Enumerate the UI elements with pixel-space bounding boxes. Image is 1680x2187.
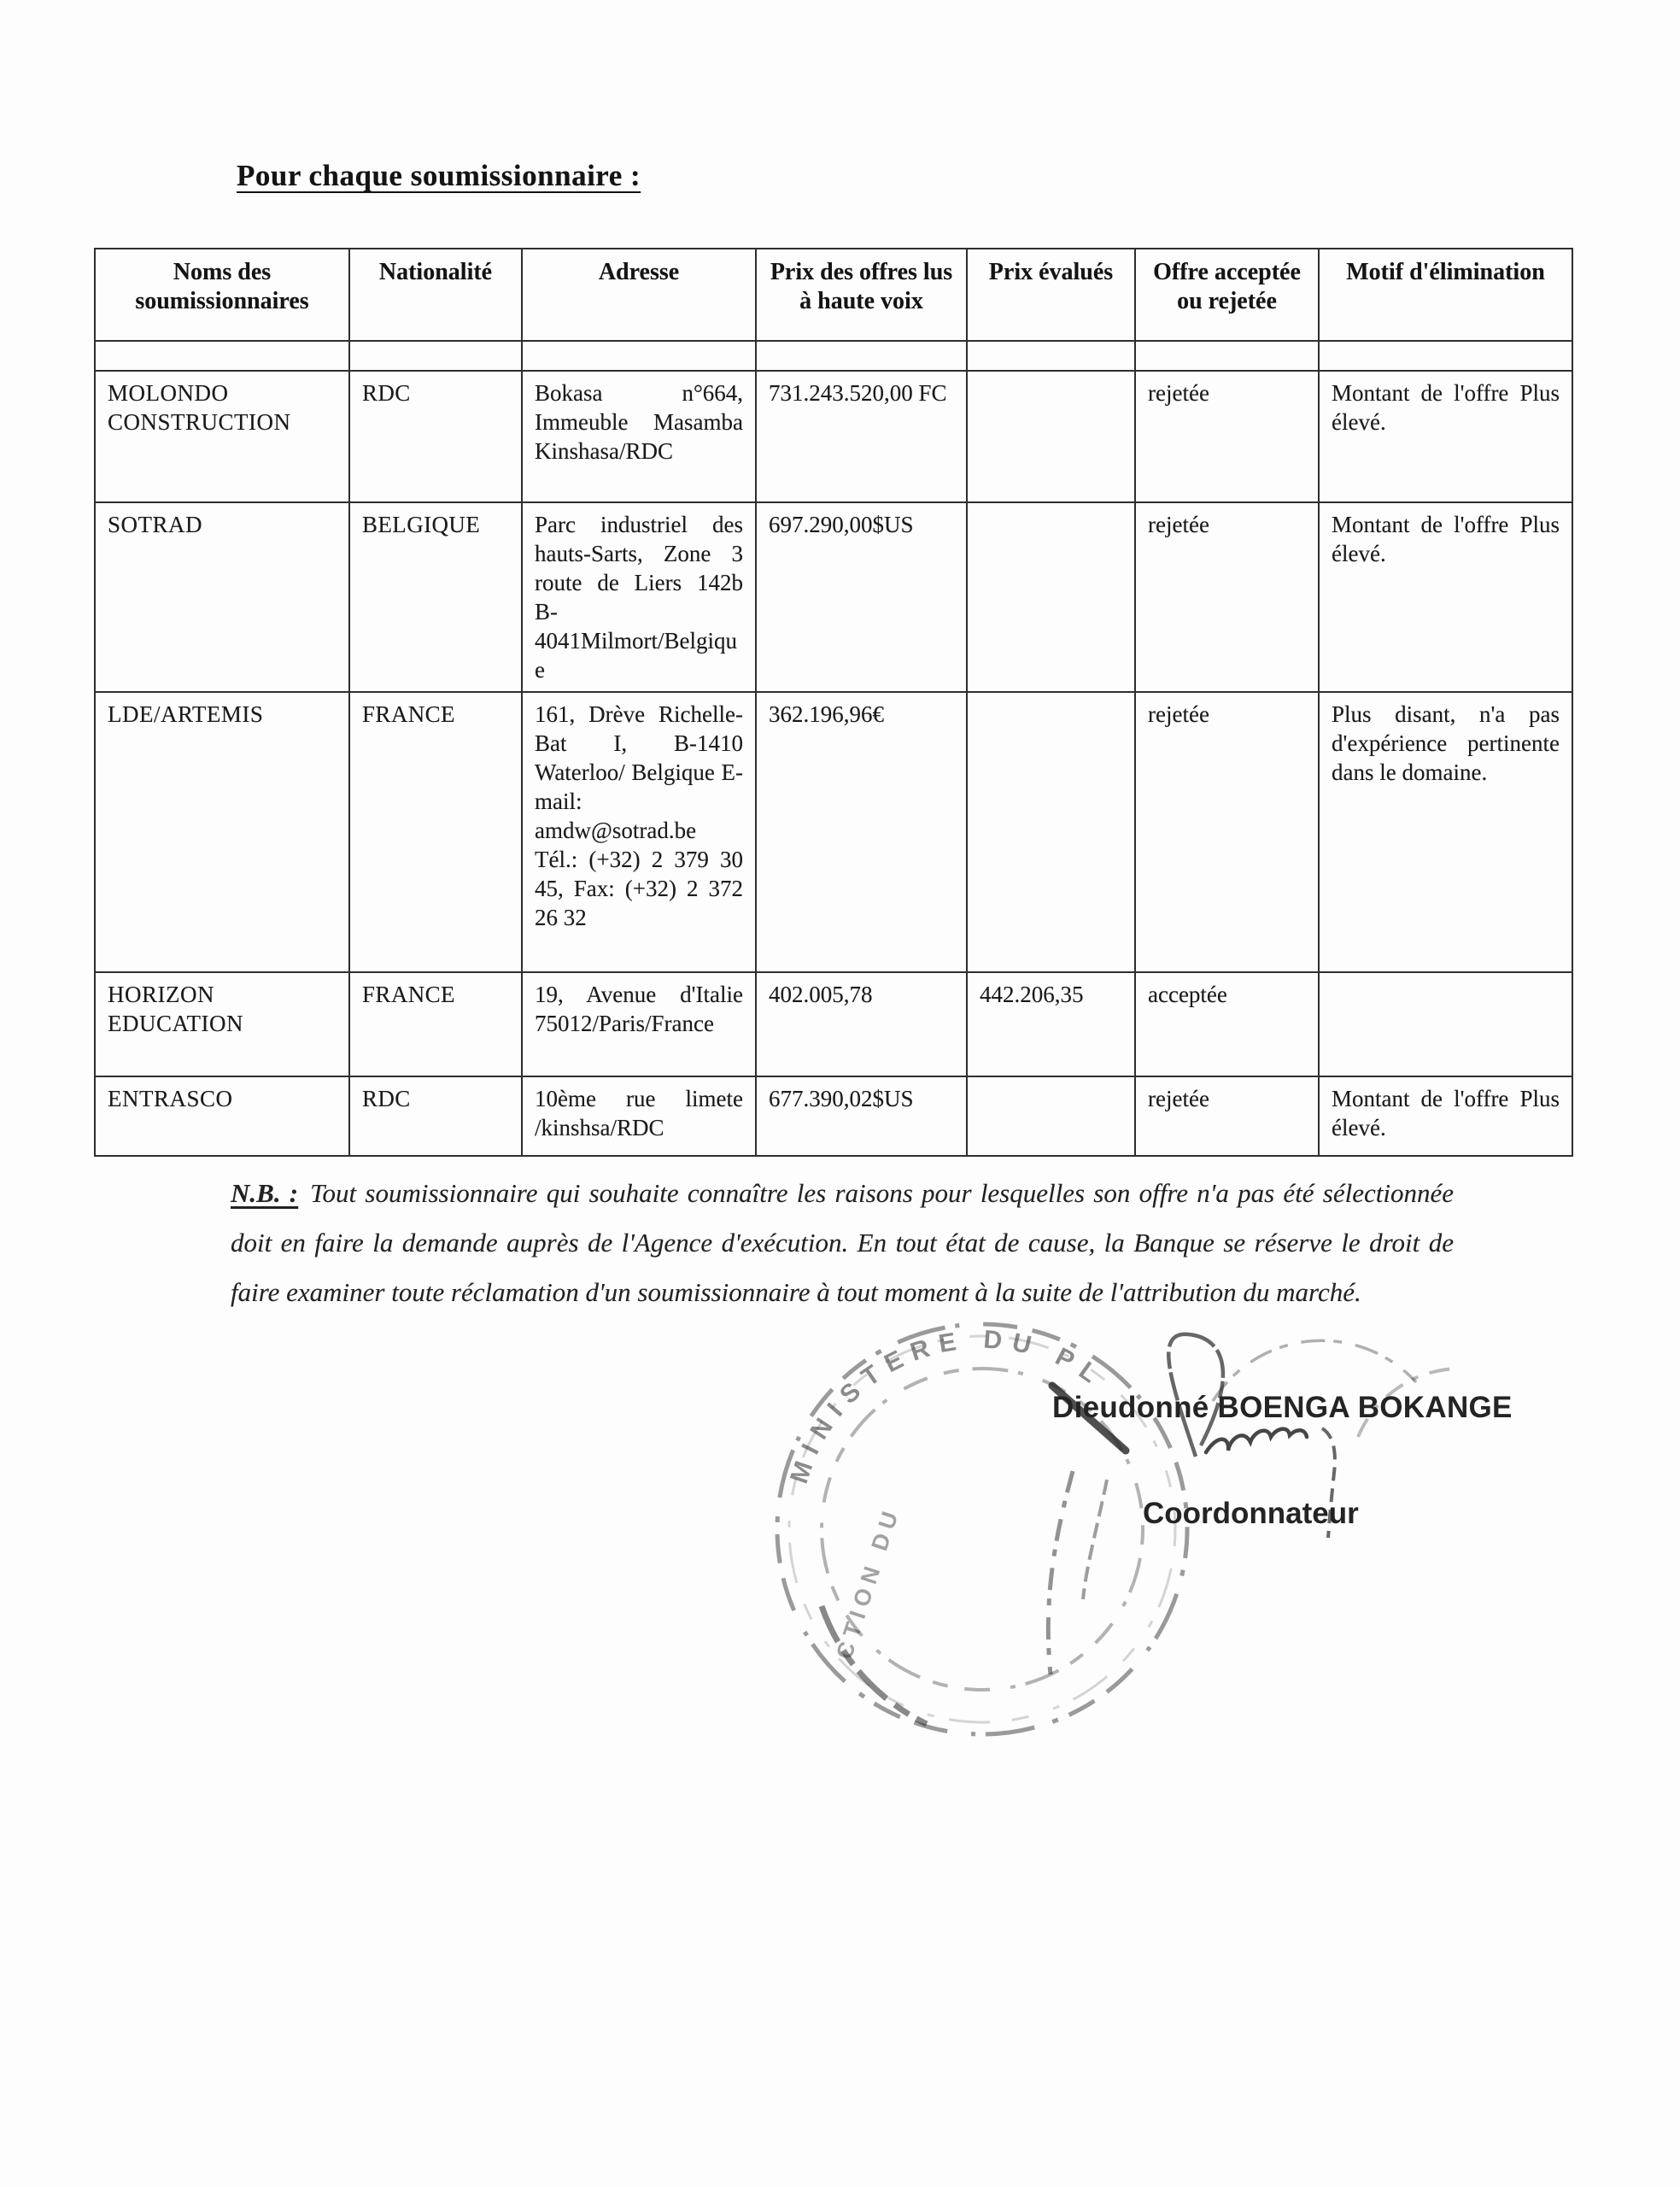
cell-reason (1319, 972, 1572, 1076)
cell-price_read: 677.390,02$US (756, 1076, 967, 1156)
cell-name: HORIZON EDUCATION (95, 972, 349, 1076)
column-header: Adresse (522, 249, 756, 341)
spacer-cell (522, 341, 756, 371)
cell-price_read: 402.005,78 (756, 972, 967, 1076)
cell-nationality: BELGIQUE (349, 502, 522, 692)
stamp-arc-left-text: CTION DU (831, 1503, 904, 1662)
cell-decision: rejetée (1135, 502, 1319, 692)
bidders-table: Noms des soumissionnairesNationalitéAdre… (94, 248, 1573, 1157)
spacer-cell (1319, 341, 1572, 371)
column-header: Offre acceptée ou rejetée (1135, 249, 1319, 341)
cell-decision: rejetée (1135, 371, 1319, 502)
cell-decision: acceptée (1135, 972, 1319, 1076)
spacer-cell (349, 341, 522, 371)
cell-price_read: 697.290,00$US (756, 502, 967, 692)
cell-price_read: 731.243.520,00 FC (756, 371, 967, 502)
cell-name: SOTRAD (95, 502, 349, 692)
note-label: N.B. : (231, 1178, 298, 1208)
cell-reason: Montant de l'offre Plus élevé. (1319, 1076, 1572, 1156)
page-title: Pour chaque soumissionnaire : (237, 159, 641, 193)
note-text: Tout soumissionnaire qui souhaite connaî… (231, 1178, 1454, 1307)
table-row: HORIZON EDUCATIONFRANCE19, Avenue d'Ital… (95, 972, 1572, 1076)
table-body: MOLONDO CONSTRUCTIONRDCBokasa n°664, Imm… (95, 341, 1572, 1156)
cell-price_evaluated: 442.206,35 (967, 972, 1135, 1076)
cell-reason: Montant de l'offre Plus élevé. (1319, 371, 1572, 502)
cell-address: Parc industriel des hauts-Sarts, Zone 3 … (522, 502, 756, 692)
table-header-row: Noms des soumissionnairesNationalitéAdre… (95, 249, 1572, 341)
spacer-cell (756, 341, 967, 371)
cell-reason: Montant de l'offre Plus élevé. (1319, 502, 1572, 692)
cell-price_evaluated (967, 692, 1135, 972)
stamp-arc-emphasis (822, 1606, 927, 1724)
official-stamp: MINISTERE DU PL CTION DU (769, 1316, 1537, 1777)
stamp-streak (1048, 1471, 1073, 1674)
column-header: Noms des soumissionnaires (95, 249, 349, 341)
table-row: LDE/ARTEMISFRANCE161, Drève Richelle-Bat… (95, 692, 1572, 972)
cell-reason: Plus disant, n'a pas d'expérience pertin… (1319, 692, 1572, 972)
cell-name: ENTRASCO (95, 1076, 349, 1156)
cell-address: 10ème rue limete /kinshsa/RDC (522, 1076, 756, 1156)
table-row: MOLONDO CONSTRUCTIONRDCBokasa n°664, Imm… (95, 371, 1572, 502)
cell-address: Bokasa n°664, Immeuble Masamba Kinshasa/… (522, 371, 756, 502)
spacer-row (95, 341, 1572, 371)
cell-name: LDE/ARTEMIS (95, 692, 349, 972)
column-header: Motif d'élimination (1319, 249, 1572, 341)
cell-nationality: FRANCE (349, 692, 522, 972)
cell-nationality: RDC (349, 1076, 522, 1156)
cell-nationality: RDC (349, 371, 522, 502)
cell-price_read: 362.196,96€ (756, 692, 967, 972)
spacer-cell (967, 341, 1135, 371)
column-header: Prix évalués (967, 249, 1135, 341)
scanned-document-page: Pour chaque soumissionnaire : Noms des s… (0, 0, 1680, 2187)
cell-price_evaluated (967, 371, 1135, 502)
cell-address: 19, Avenue d'Italie 75012/Paris/France (522, 972, 756, 1076)
cell-address: 161, Drève Richelle-Bat I, B-1410 Waterl… (522, 692, 756, 972)
signatory-role: Coordonnateur (1143, 1497, 1359, 1531)
cell-nationality: FRANCE (349, 972, 522, 1076)
table-row: SOTRADBELGIQUEParc industriel des hauts-… (95, 502, 1572, 692)
cell-decision: rejetée (1135, 1076, 1319, 1156)
cell-decision: rejetée (1135, 692, 1319, 972)
stamp-streak (1083, 1480, 1107, 1599)
signatory-name: Dieudonné BOENGA BOKANGE (1052, 1391, 1513, 1425)
column-header: Prix des offres lus à haute voix (756, 249, 967, 341)
cell-price_evaluated (967, 502, 1135, 692)
table-row: ENTRASCORDC10ème rue limete /kinshsa/RDC… (95, 1076, 1572, 1156)
spacer-cell (1135, 341, 1319, 371)
note: N.B. :Tout soumissionnaire qui souhaite … (231, 1169, 1454, 1317)
column-header: Nationalité (349, 249, 522, 341)
spacer-cell (95, 341, 349, 371)
cell-price_evaluated (967, 1076, 1135, 1156)
cell-name: MOLONDO CONSTRUCTION (95, 371, 349, 502)
